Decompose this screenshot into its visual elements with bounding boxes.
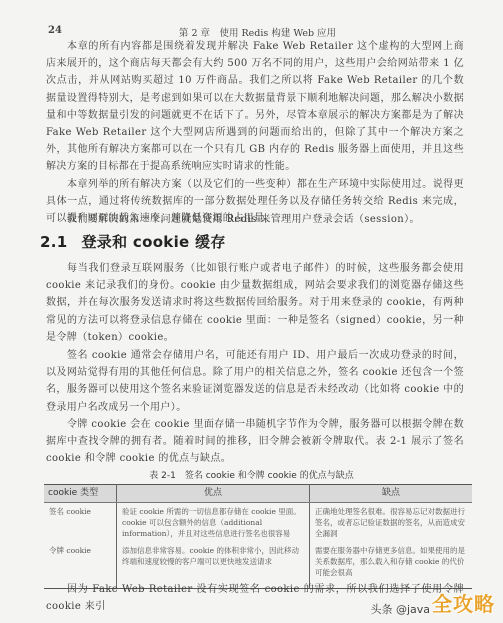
cell-type: 签名 cookie	[44, 503, 117, 543]
table-header-row: cookie 类型 优点 缺点	[44, 485, 472, 503]
intro-paragraph-3: 我们要解决的第一个问题就是使用 Redis 来管理用户登录会话（session）…	[46, 211, 464, 228]
header-pros: 优点	[117, 485, 310, 503]
watermark: 头条 @java 全攻略	[370, 588, 495, 617]
page-header: 24 第 2 章 使用 Redis 构建 Web 应用	[48, 25, 467, 39]
cell-cons: 正确地处理签名很难。很容易忘记对数据进行签名，或者忘记验证数据的签名，从而造成安…	[310, 503, 473, 543]
cell-pros: 验证 cookie 所需的一切信息都存储在 cookie 里面。cookie 可…	[117, 503, 310, 543]
watermark-brand: 全攻略	[432, 588, 495, 617]
intro-paragraph-1: 本章的所有内容都是围绕着发现并解决 Fake Web Retailer 这个虚构…	[46, 38, 464, 176]
header-cons: 缺点	[310, 485, 473, 503]
running-title: 第 2 章 使用 Redis 构建 Web 应用	[48, 25, 467, 39]
section-paragraph-3: 令牌 cookie 会在 cookie 里面存储一串随机字节作为令牌，服务器可以…	[46, 416, 464, 468]
section-paragraph-1: 每当我们登录互联网服务（比如银行账户或者电子邮件）的时候，这些服务都会使用 co…	[46, 260, 464, 346]
header-cookie-type: cookie 类型	[44, 485, 117, 503]
section-title: 登录和 cookie 缓存	[81, 233, 225, 251]
watermark-handle: 头条 @java	[370, 601, 430, 617]
comparison-table: cookie 类型 优点 缺点 签名 cookie 验证 cookie 所需的一…	[44, 484, 472, 589]
book-page: 24 第 2 章 使用 Redis 构建 Web 应用 本章的所有内容都是围绕着…	[0, 0, 503, 623]
section-number: 2.1	[40, 233, 67, 251]
section-paragraph-2: 签名 cookie 通常会存储用户名，可能还有用户 ID、用户最后一次成功登录的…	[46, 347, 464, 416]
table-caption: 表 2-1 签名 cookie 和令牌 cookie 的优点与缺点	[0, 468, 503, 481]
table-row: 签名 cookie 验证 cookie 所需的一切信息都存储在 cookie 里…	[44, 503, 472, 543]
section-heading: 2.1登录和 cookie 缓存	[40, 231, 226, 252]
